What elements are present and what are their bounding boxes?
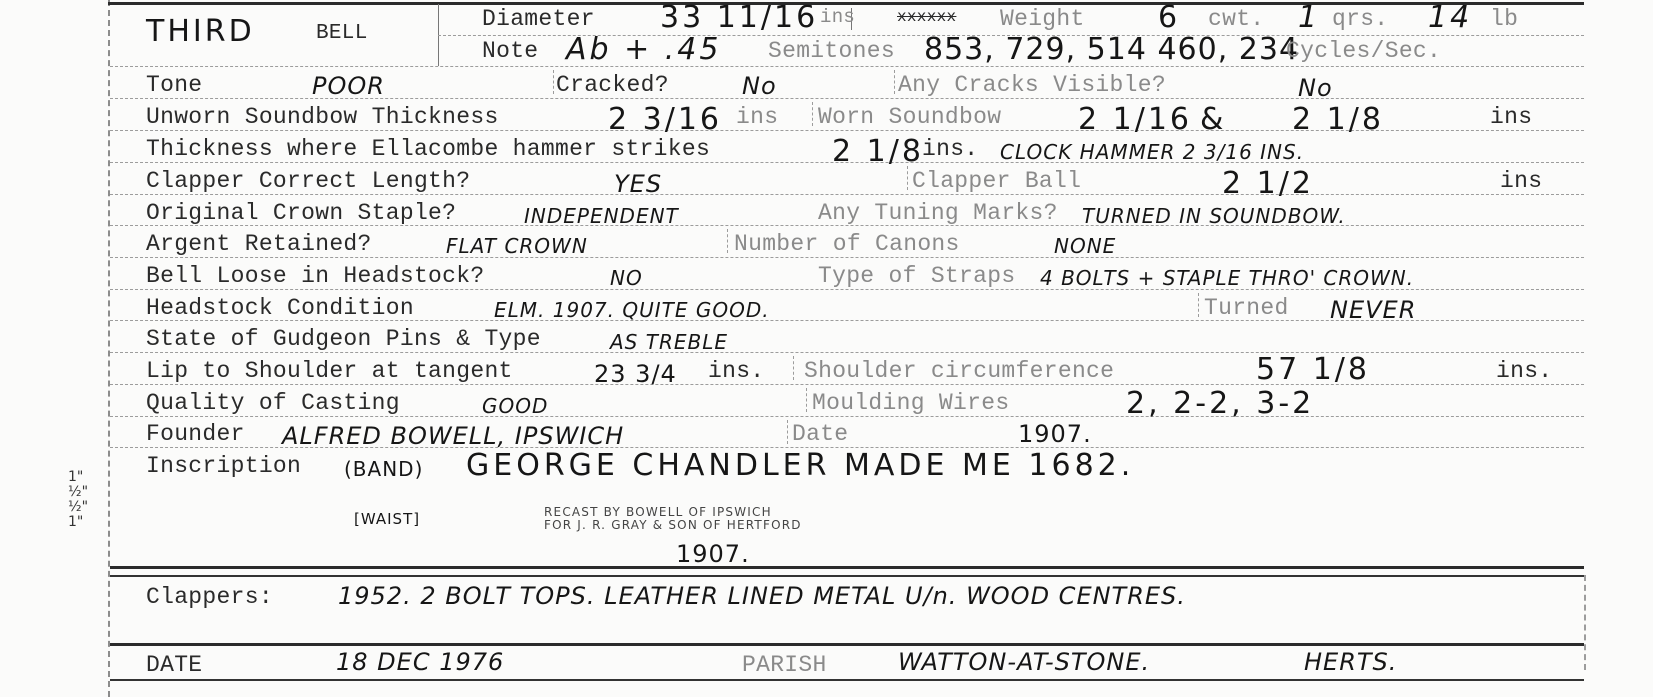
crown-staple-label: Original Crown Staple? (146, 200, 456, 226)
worn-soundbow-unit: ins (1490, 104, 1532, 130)
bell-loose-label: Bell Loose in Headstock? (146, 263, 484, 289)
date-cast-label: Date (792, 421, 848, 447)
ellacombe-unit: ins. (922, 136, 978, 162)
founder-label: Founder (146, 421, 245, 447)
note-value: Ab + .45 (566, 32, 721, 67)
diameter-value: 33 11/16 (660, 0, 818, 35)
waist-inscription-year: 1907. (676, 540, 750, 568)
semitones-unit: Cycles/Sec. (1286, 38, 1441, 64)
col-divider (907, 166, 908, 190)
weight-cwt-unit: cwt. (1208, 6, 1264, 32)
moulding-wires-label: Moulding Wires (812, 390, 1009, 416)
col-divider (787, 420, 788, 444)
footer-parish-value: WATTON-AT-STONE. (898, 648, 1150, 676)
tone-label: Tone (146, 72, 202, 98)
tone-value: POOR (312, 72, 385, 100)
worn-soundbow-value-2: 2 1/8 (1292, 102, 1384, 137)
straps-value: 4 BOLTS + STAPLE THRO' CROWN. (1040, 266, 1414, 290)
shoulder-circ-unit: ins. (1496, 358, 1552, 384)
headstock-value: ELM. 1907. QUITE GOOD. (494, 298, 770, 322)
founder-value: ALFRED BOWELL, IPSWICH (282, 422, 624, 450)
footer-rule-top (110, 643, 1584, 646)
shoulder-circ-value: 57 1/8 (1256, 352, 1370, 387)
turned-value: NEVER (1330, 296, 1416, 324)
diameter-unit: ins (820, 6, 855, 28)
footer-parish-label: PARISH (742, 652, 827, 678)
struck-out-text: xxxxxx (897, 8, 956, 26)
margin-note-line: ½" (68, 485, 88, 500)
unworn-soundbow-label: Unworn Soundbow Thickness (146, 104, 499, 130)
casting-value: GOOD (482, 394, 548, 418)
argent-label: Argent Retained? (146, 231, 372, 257)
lip-shoulder-value: 23 3/4 (594, 360, 677, 388)
weight-qrs-value: 1 (1298, 0, 1320, 35)
worn-soundbow-amp: & (1200, 102, 1226, 137)
worn-soundbow-label: Worn Soundbow (818, 104, 1001, 130)
margin-note-line: ½" (68, 500, 88, 515)
clapper-length-label: Clapper Correct Length? (146, 168, 470, 194)
cracked-label: Cracked? (556, 72, 669, 98)
col-divider (553, 70, 554, 94)
top-rule (108, 2, 1584, 5)
weight-lb-unit: lb (1490, 6, 1518, 32)
inscription-value: GEORGE CHANDLER MADE ME 1682. (466, 448, 1134, 483)
col-divider (806, 388, 807, 412)
weight-cwt-value: 6 (1158, 0, 1180, 35)
footer-rule-bottom (110, 679, 1584, 681)
canons-value: NONE (1054, 234, 1116, 258)
bell-label: BELL (316, 22, 368, 45)
clappers-value: 1952. 2 BOLT TOPS. LEATHER LINED METAL U… (338, 582, 1186, 610)
inscription-waist-label: [WAIST] (354, 510, 420, 528)
cracks-visible-label: Any Cracks Visible? (898, 72, 1166, 98)
waist-inscription-line-2: FOR J. R. GRAY & SON OF HERTFORD (544, 519, 802, 532)
semitones-value: 853, 729, 514 460, 234 (924, 32, 1299, 67)
argent-value: FLAT CROWN (446, 234, 588, 258)
row-line (110, 66, 1584, 67)
worn-soundbow-value-1: 2 1/16 (1078, 102, 1192, 137)
tuning-marks-label: Any Tuning Marks? (818, 200, 1058, 226)
clappers-label: Clappers: (146, 584, 273, 610)
col-divider (894, 70, 895, 94)
unworn-soundbow-value: 2 3/16 (608, 102, 722, 137)
clapper-ball-label: Clapper Ball (912, 168, 1081, 194)
row-line (110, 194, 1584, 195)
left-margin-perforation (108, 0, 110, 697)
cracks-visible-value: No (1298, 74, 1333, 102)
footer-date-value: 18 DEC 1976 (336, 648, 504, 676)
ellacombe-label: Thickness where Ellacombe hammer strikes (146, 136, 710, 162)
semitones-label: Semitones (768, 38, 895, 64)
cracked-value: No (742, 72, 777, 100)
col-divider (1198, 293, 1199, 317)
footer-date-label: DATE (146, 652, 202, 678)
right-margin-perforation (1584, 575, 1586, 670)
inscription-band-label: (BAND) (344, 457, 423, 481)
canons-label: Number of Canons (734, 231, 960, 257)
inscription-label: Inscription (146, 453, 301, 479)
straps-label: Type of Straps (818, 263, 1015, 289)
ellacombe-value: 2 1/8 (832, 134, 924, 169)
casting-label: Quality of Casting (146, 390, 400, 416)
moulding-wires-value: 2, 2-2, 3-2 (1126, 386, 1314, 421)
margin-note-line: 1" (68, 470, 88, 485)
lip-shoulder-label: Lip to Shoulder at tangent (146, 358, 513, 384)
unworn-soundbow-unit: ins (736, 104, 778, 130)
note-label: Note (482, 38, 538, 64)
bell-name: THIRD (146, 14, 255, 49)
tuning-marks-value: TURNED IN SOUNDBOW. (1082, 204, 1346, 228)
weight-qrs-unit: qrs. (1332, 6, 1388, 32)
diameter-label: Diameter (482, 6, 595, 32)
gudgeon-label: State of Gudgeon Pins & Type (146, 326, 541, 352)
clappers-rule-top (110, 566, 1584, 569)
clapper-ball-value: 2 1/2 (1222, 166, 1314, 201)
bell-record-card: THIRD BELL Diameter 33 11/16 ins xxxxxx … (0, 0, 1653, 697)
col-divider (727, 229, 728, 253)
turned-label: Turned (1204, 295, 1289, 321)
clapper-length-value: YES (614, 170, 662, 198)
col-divider (812, 102, 813, 126)
margin-note: 1" ½" ½" 1" (68, 470, 88, 530)
margin-note-line: 1" (68, 515, 88, 530)
date-cast-value: 1907. (1018, 420, 1092, 448)
footer-county: HERTS. (1304, 648, 1397, 676)
row-line (110, 257, 1584, 258)
weight-label: Weight (1000, 6, 1085, 32)
headstock-label: Headstock Condition (146, 295, 414, 321)
bell-loose-value: NO (610, 266, 643, 290)
gudgeon-value: AS TREBLE (610, 330, 728, 354)
crown-staple-value: INDEPENDENT (524, 204, 679, 228)
clapper-ball-unit: ins (1500, 168, 1542, 194)
col-divider (793, 356, 794, 380)
clock-hammer-note: CLOCK HAMMER 2 3/16 INS. (1000, 140, 1304, 164)
clappers-rule-bottom (110, 575, 1584, 577)
lip-shoulder-unit: ins. (708, 358, 764, 384)
shoulder-circ-label: Shoulder circumference (804, 358, 1114, 384)
row-line (110, 416, 1584, 417)
weight-lb-value: 14 (1428, 0, 1472, 35)
